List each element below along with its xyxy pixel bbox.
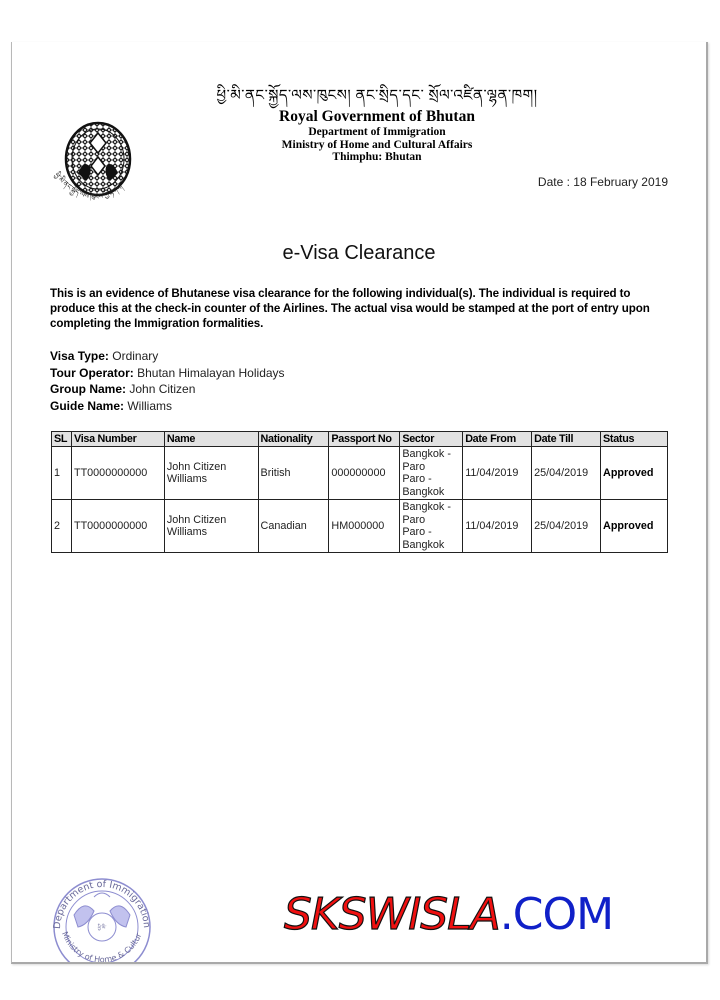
visa-type-row: Visa Type: Ordinary [50,348,285,365]
cell-date-till: 25/04/2019 [532,500,601,553]
group-name-row: Group Name: John Citizen [50,381,285,398]
visa-type-value: Ordinary [112,349,158,363]
stamp-top-text: Department of Immigration [52,879,152,929]
location: Thimphu: Bhutan [212,151,542,164]
dzongkha-header: ཕྱི་མི་ནང་སྐྱོད་ལས་ཁུངས། ནང་སྲིད་དང་ སྲོ… [212,86,542,108]
visa-details: Visa Type: Ordinary Tour Operator: Bhuta… [50,348,285,414]
watermark: SKSWISLA.COM [284,890,613,940]
page-title: e-Visa Clearance [12,242,706,265]
cell-sector: Bangkok - ParoParo - Bangkok [400,500,463,553]
col-sl: SL [52,432,72,447]
visa-type-label: Visa Type: [50,349,109,363]
visa-table: SL Visa Number Name Nationality Passport… [51,431,668,553]
immigration-stamp-icon: Department of Immigration Ministry of Ho… [50,875,154,962]
cell-name: John Citizen Williams [164,500,258,553]
royal-emblem-icon: ཕྱི་མི་ནང་སྐྱོད་ལས་ཁུངས་ཀྱི་རྟགས། [46,115,146,210]
svg-text:Department of Immigration: Department of Immigration [52,879,152,929]
cell-nationality: British [258,447,329,500]
department-name: Department of Immigration [212,126,542,139]
document-page: ཕྱི་མི་ནང་སྐྱོད་ལས་ཁུངས་ཀྱི་རྟགས། ཕྱི་མི… [11,42,708,964]
col-status: Status [601,432,668,447]
watermark-main: SKSWISLA [284,889,500,940]
sector-return: Paro - Bangkok [402,473,460,498]
group-name-label: Group Name: [50,382,126,396]
issue-date: Date : 18 February 2019 [538,175,668,189]
cell-date-from: 11/04/2019 [463,447,532,500]
cell-nationality: Canadian [258,500,329,553]
sector-outbound: Bangkok - Paro [402,501,460,526]
tour-operator-row: Tour Operator: Bhutan Himalayan Holidays [50,365,285,382]
tour-operator-label: Tour Operator: [50,366,134,380]
col-name: Name [164,432,258,447]
cell-status: Approved [601,447,668,500]
cell-date-till: 25/04/2019 [532,447,601,500]
group-name-value: John Citizen [129,382,195,396]
cell-name: John Citizen Williams [164,447,258,500]
table-row: 1 TT0000000000 John Citizen Williams Bri… [52,447,668,500]
table-row: 2 TT0000000000 John Citizen Williams Can… [52,500,668,553]
guide-name-label: Guide Name: [50,399,124,413]
sector-return: Paro - Bangkok [402,526,460,551]
cell-date-from: 11/04/2019 [463,500,532,553]
guide-name-value: Williams [127,399,172,413]
cell-visa-number: TT0000000000 [71,500,164,553]
col-sector: Sector [400,432,463,447]
tour-operator-value: Bhutan Himalayan Holidays [137,366,284,380]
col-date-from: Date From [463,432,532,447]
col-passport-no: Passport No [329,432,400,447]
cell-status: Approved [601,500,668,553]
cell-sector: Bangkok - ParoParo - Bangkok [400,447,463,500]
col-nationality: Nationality [258,432,329,447]
guide-name-row: Guide Name: Williams [50,398,285,415]
col-date-till: Date Till [532,432,601,447]
intro-paragraph: This is an evidence of Bhutanese visa cl… [50,286,672,331]
table-header-row: SL Visa Number Name Nationality Passport… [52,432,668,447]
cell-passport: HM000000 [329,500,400,553]
sector-outbound: Bangkok - Paro [402,448,460,473]
cell-sl: 2 [52,500,72,553]
col-visa-number: Visa Number [71,432,164,447]
letterhead: ཕྱི་མི་ནང་སྐྱོད་ལས་ཁུངས། ནང་སྲིད་དང་ སྲོ… [212,86,542,164]
cell-passport: 000000000 [329,447,400,500]
watermark-suffix: .COM [500,889,613,940]
cell-sl: 1 [52,447,72,500]
cell-visa-number: TT0000000000 [71,447,164,500]
government-name: Royal Government of Bhutan [212,108,542,126]
svg-text:ཕྱི་མི་: ཕྱི་མི་ [98,923,107,931]
ministry-name: Ministry of Home and Cultural Affairs [212,139,542,152]
